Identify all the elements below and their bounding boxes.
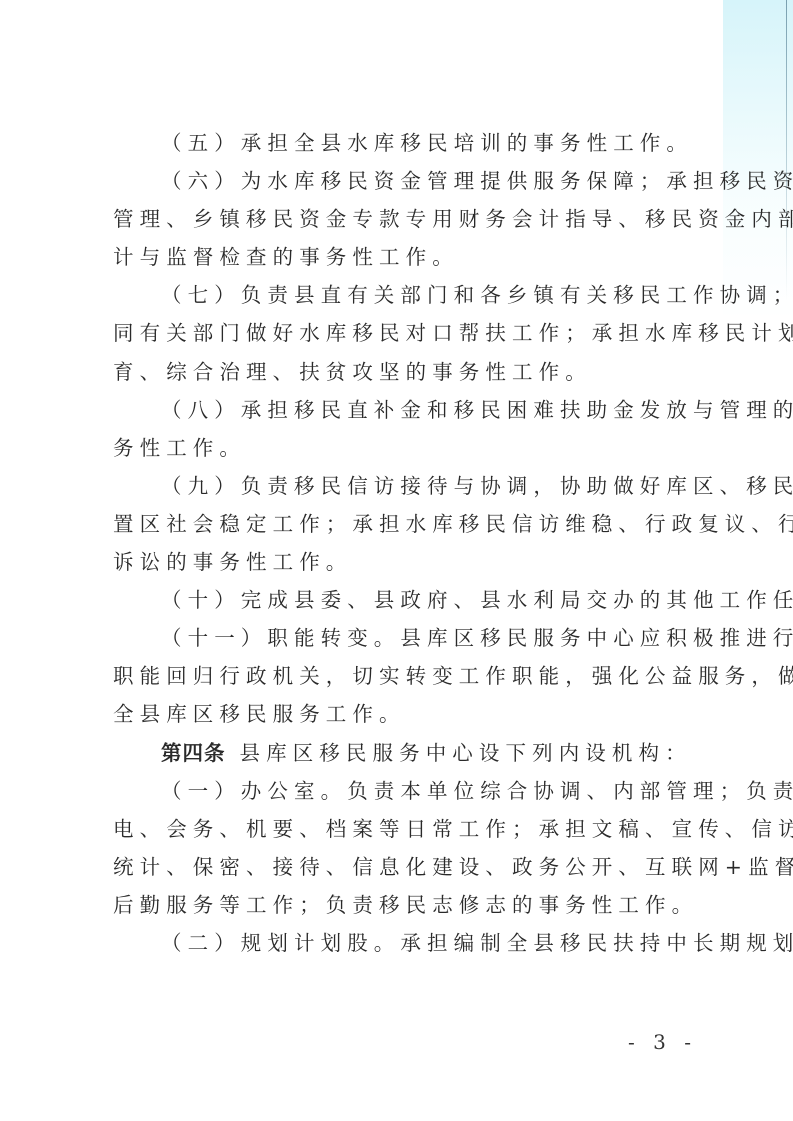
- text-line: 管理、乡镇移民资金专款专用财务会计指导、移民资金内部审: [113, 200, 703, 238]
- text-line: 后勤服务等工作；负责移民志修志的事务性工作。: [113, 886, 703, 924]
- document-page: （五）承担全县水库移民培训的事务性工作。 （六）为水库移民资金管理提供服务保障；…: [113, 124, 703, 962]
- scan-edge-line: [786, 0, 787, 300]
- text-line: 育、综合治理、扶贫攻坚的事务性工作。: [113, 353, 703, 391]
- text-line: （九）负责移民信访接待与协调，协助做好库区、移民安: [113, 467, 703, 505]
- article-text: 县库区移民服务中心设下列内设机构：: [240, 741, 692, 765]
- text-line: 务性工作。: [113, 429, 703, 467]
- text-line: （八）承担移民直补金和移民困难扶助金发放与管理的事: [113, 391, 703, 429]
- article-label: 第四条: [161, 741, 226, 765]
- text-line: 全县库区移民服务工作。: [113, 695, 703, 733]
- text-line: 职能回归行政机关，切实转变工作职能，强化公益服务，做好: [113, 657, 703, 695]
- text-line: （七）负责县直有关部门和各乡镇有关移民工作协调；会: [113, 276, 703, 314]
- article-heading-line: 第四条县库区移民服务中心设下列内设机构：: [113, 734, 703, 772]
- text-line: 统计、保密、接待、信息化建设、政务公开、互联网+监督、: [113, 848, 703, 886]
- scan-artifact: [723, 0, 793, 320]
- text-line: （十）完成县委、县政府、县水利局交办的其他工作任务。: [113, 581, 703, 619]
- text-line: （五）承担全县水库移民培训的事务性工作。: [113, 124, 703, 162]
- text-line: （十一）职能转变。县库区移民服务中心应积极推进行政: [113, 619, 703, 657]
- text-line: （二）规划计划股。承担编制全县移民扶持中长期规划、: [113, 924, 703, 962]
- page-number: - 3 -: [628, 1030, 697, 1054]
- text-line: 计与监督检查的事务性工作。: [113, 238, 703, 276]
- text-line: 同有关部门做好水库移民对口帮扶工作；承担水库移民计划生: [113, 314, 703, 352]
- text-line: （一）办公室。负责本单位综合协调、内部管理；负责文: [113, 772, 703, 810]
- text-line: （六）为水库移民资金管理提供服务保障；承担移民资金: [113, 162, 703, 200]
- text-line: 置区社会稳定工作；承担水库移民信访维稳、行政复议、行政: [113, 505, 703, 543]
- text-line: 诉讼的事务性工作。: [113, 543, 703, 581]
- text-line: 电、会务、机要、档案等日常工作；承担文稿、宣传、信访、: [113, 810, 703, 848]
